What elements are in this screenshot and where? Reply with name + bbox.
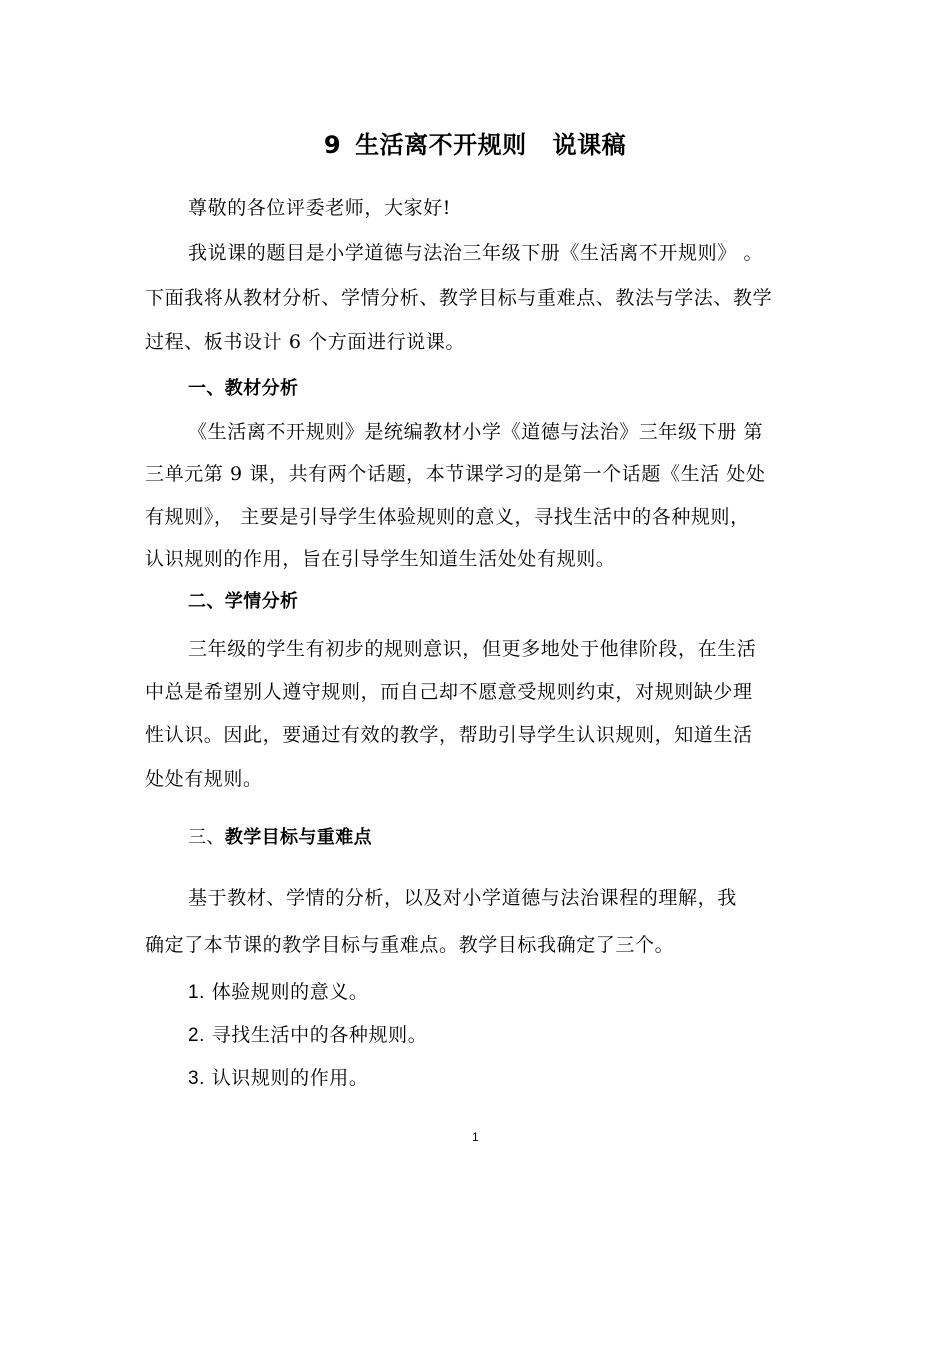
goal-text: 认识规则的作用。: [212, 1067, 369, 1089]
section-2-line-4: 处处有规则。: [145, 767, 263, 791]
goal-item-3: 3. 认识规则的作用。: [188, 1066, 369, 1091]
intro-line-3: 过程、板书设计 6 个方面进行说课。: [145, 330, 465, 354]
document-page: 9生活离不开规则说课稿 尊敬的各位评委老师，大家好! 我说课的题目是小学道德与法…: [0, 0, 950, 1345]
document-title: 9生活离不开规则说课稿: [0, 130, 950, 160]
goal-number: 2.: [188, 1025, 205, 1046]
section-3-title: 教学目标与重难点: [225, 827, 372, 848]
section-heading-textbook-analysis: 一、教材分析: [188, 377, 298, 401]
goal-text: 寻找生活中的各种规则。: [212, 1024, 428, 1046]
section-2-line-2: 中总是希望别人遵守规则，而自己却不愿意受规则约束，对规则缺少理: [145, 680, 753, 704]
section-2-line-1: 三年级的学生有初步的规则意识，但更多地处于他律阶段，在生活: [188, 637, 756, 661]
section-1-line-1: 《生活离不开规则》是统编教材小学《道德与法治》三年级下册 第: [188, 420, 763, 444]
section-heading-teaching-goals: 三、教学目标与重难点: [188, 826, 372, 850]
section-3-line-2: 确定了本节课的教学目标与重难点。教学目标我确定了三个。: [145, 933, 674, 957]
title-lesson-number: 9: [324, 131, 341, 159]
section-1-line-2: 三单元第 9 课，共有两个话题，本节课学习的是第一个话题《生活 处处: [145, 462, 766, 486]
goal-number: 1.: [188, 982, 205, 1003]
page-number: 1: [472, 1130, 479, 1144]
title-lesson-name: 生活离不开规则: [355, 131, 527, 159]
title-suffix: 说课稿: [553, 131, 627, 159]
section-1-line-3: 有规则》， 主要是引导学生体验规则的意义，寻找生活中的各种规则，: [145, 505, 750, 529]
goal-text: 体验规则的意义。: [212, 981, 369, 1003]
section-3-line-1: 基于教材、学情的分析，以及对小学道德与法治课程的理解，我: [188, 886, 737, 910]
intro-line-2: 下面我将从教材分析、学情分析、教学目标与重难点、教法与学法、教学: [145, 286, 772, 310]
section-heading-student-analysis: 二、学情分析: [188, 590, 298, 614]
section-2-line-3: 性认识。因此，要通过有效的教学，帮助引导学生认识规则，知道生活: [145, 723, 753, 747]
goal-number: 3.: [188, 1068, 205, 1089]
goal-item-2: 2. 寻找生活中的各种规则。: [188, 1023, 427, 1048]
greeting: 尊敬的各位评委老师，大家好!: [188, 196, 451, 220]
section-3-prefix: 三、: [188, 827, 225, 848]
goal-item-1: 1. 体验规则的意义。: [188, 980, 369, 1005]
section-1-line-4: 认识规则的作用，旨在引导学生知道生活处处有规则。: [145, 547, 615, 571]
intro-line-1: 我说课的题目是小学道德与法治三年级下册《生活离不开规则》 。: [188, 241, 763, 265]
